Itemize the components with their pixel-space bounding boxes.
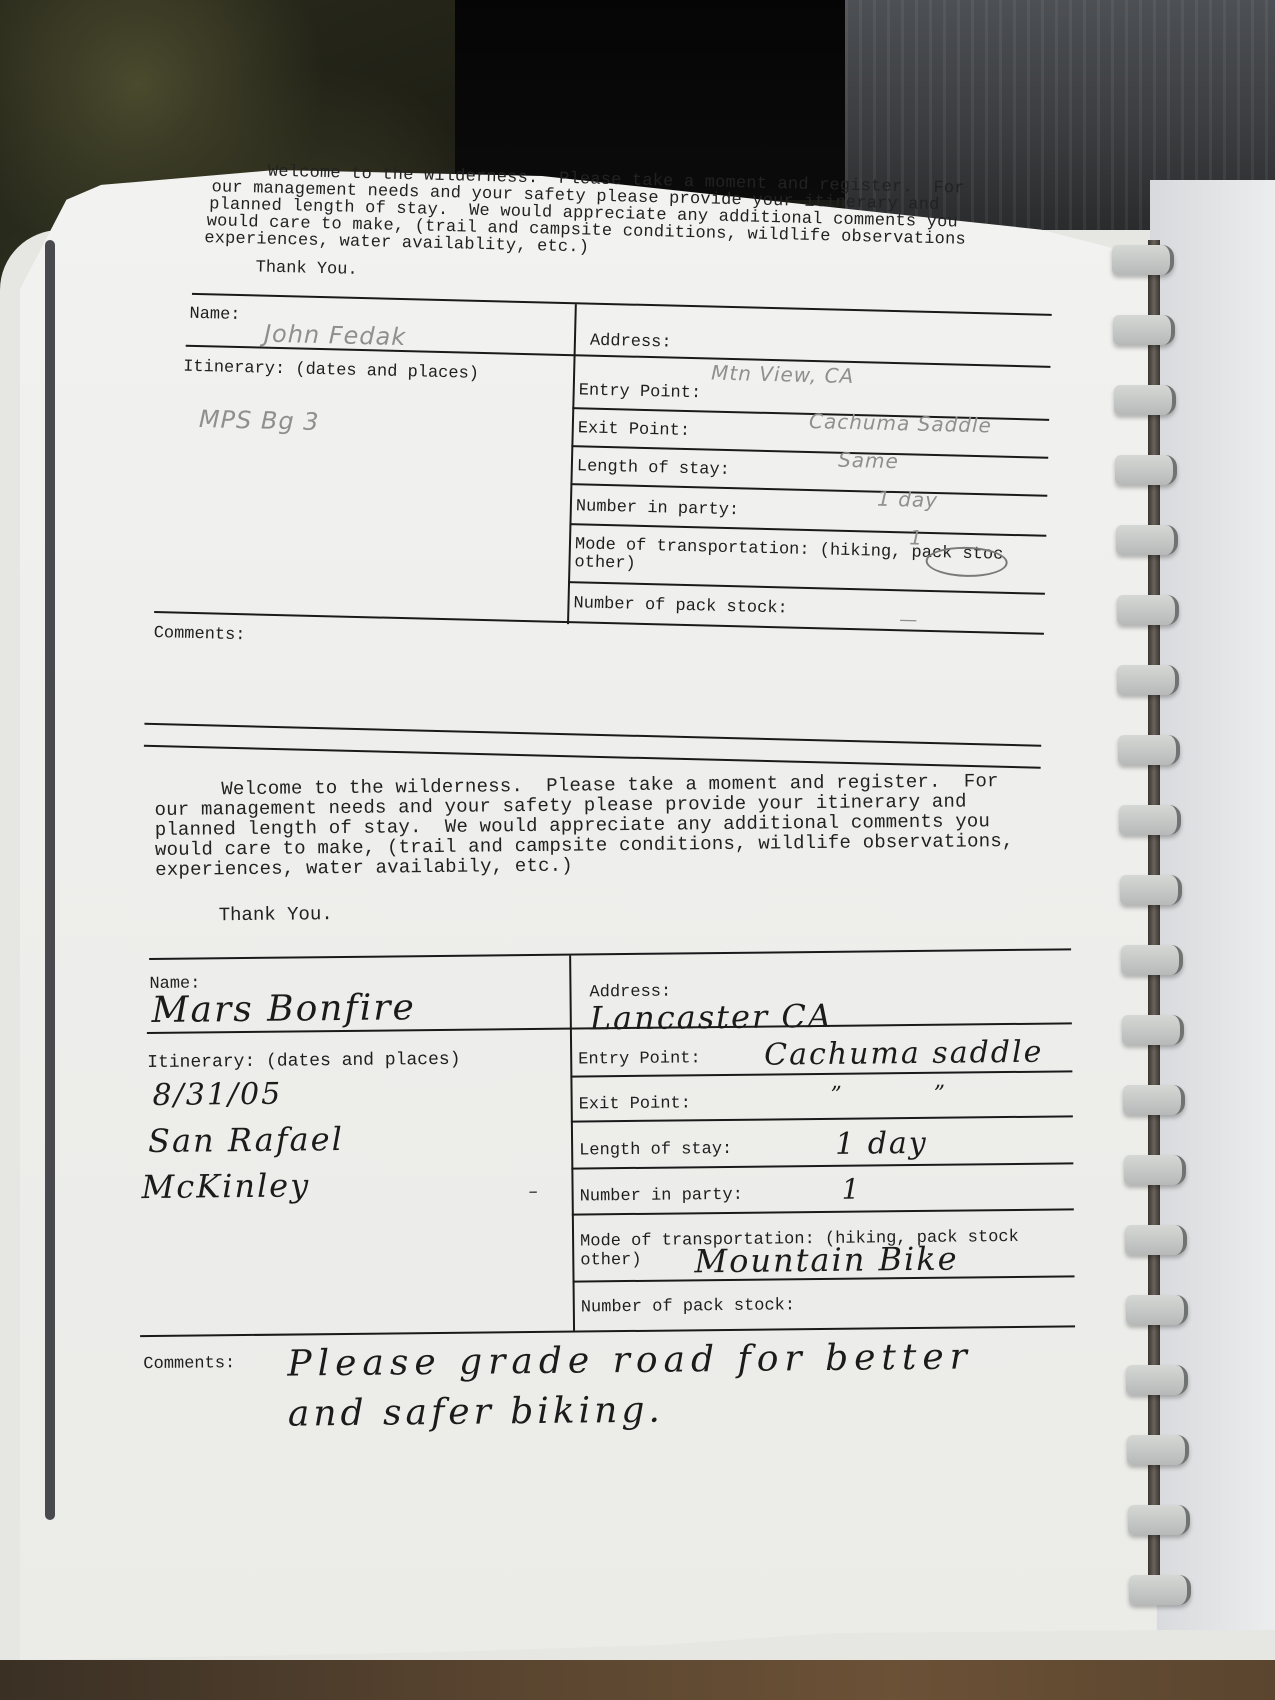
binder-ring (1127, 1435, 1189, 1465)
divider (572, 1208, 1074, 1215)
itinerary-place-value: San Rafael (148, 1120, 344, 1160)
exit-point-label: Exit Point: (579, 1094, 691, 1114)
comments-label: Comments: (143, 1354, 235, 1374)
mode-of-transportation-label-2: other) (580, 1251, 641, 1271)
itinerary-place-value: McKinley (141, 1166, 310, 1206)
itinerary-mark: – (528, 1181, 539, 1202)
binder-ring (1115, 455, 1177, 485)
binder-ring (1119, 805, 1181, 835)
binder-ring (1116, 525, 1178, 555)
binder-ring (1125, 1225, 1187, 1255)
thank-you: Thank You. (219, 903, 333, 926)
divider (149, 948, 1071, 960)
pack-stock-label: Number of pack stock: (581, 1296, 795, 1317)
mode-other-value: Mountain Bike (694, 1240, 959, 1281)
divider (571, 1162, 1073, 1169)
binder-ring (1118, 735, 1180, 765)
intro-line: would care to make, (trail and campsite … (155, 833, 1014, 859)
binder-ring (1126, 1365, 1188, 1395)
register-entry-bottom: Welcome to the wilderness. Please take a… (0, 0, 1275, 1700)
binder-ring (1113, 315, 1175, 345)
exit-point-value: ” ” (830, 1082, 947, 1108)
itinerary-date-value: 8/31/05 (152, 1077, 282, 1113)
binder-ring (1117, 595, 1179, 625)
entry-point-label: Entry Point: (578, 1049, 701, 1069)
divider (569, 956, 575, 1331)
binder-ring (1117, 665, 1179, 695)
binder-ring (1129, 1575, 1191, 1605)
comments-value-line2: and safer biking. (288, 1390, 664, 1435)
address-value: Lancaster CA (590, 997, 834, 1038)
entry-point-value: Cachuma saddle (764, 1035, 1044, 1073)
binder-ring (1120, 875, 1182, 905)
binder-ring (1123, 1085, 1185, 1115)
binder-ring (1121, 945, 1183, 975)
divider (571, 1115, 1073, 1122)
name-value: Mars Bonfire (151, 987, 416, 1031)
binder-ring (1122, 1015, 1184, 1045)
binder-ring (1124, 1155, 1186, 1185)
binder-ring (1114, 385, 1176, 415)
length-of-stay-label: Length of stay: (579, 1140, 732, 1161)
divider (140, 1325, 1075, 1337)
comments-value-line1: Please grade road for better (287, 1336, 973, 1384)
intro-line: experiences, water availabily, etc.) (155, 858, 573, 879)
length-of-stay-value: 1 day (835, 1126, 928, 1162)
number-in-party-label: Number in party: (580, 1186, 743, 1207)
binder-ring (1128, 1505, 1190, 1535)
number-in-party-value: 1 (841, 1173, 861, 1206)
binder-ring (1112, 245, 1174, 275)
binder-ring (1126, 1295, 1188, 1325)
itinerary-label: Itinerary: (dates and places) (147, 1050, 460, 1073)
